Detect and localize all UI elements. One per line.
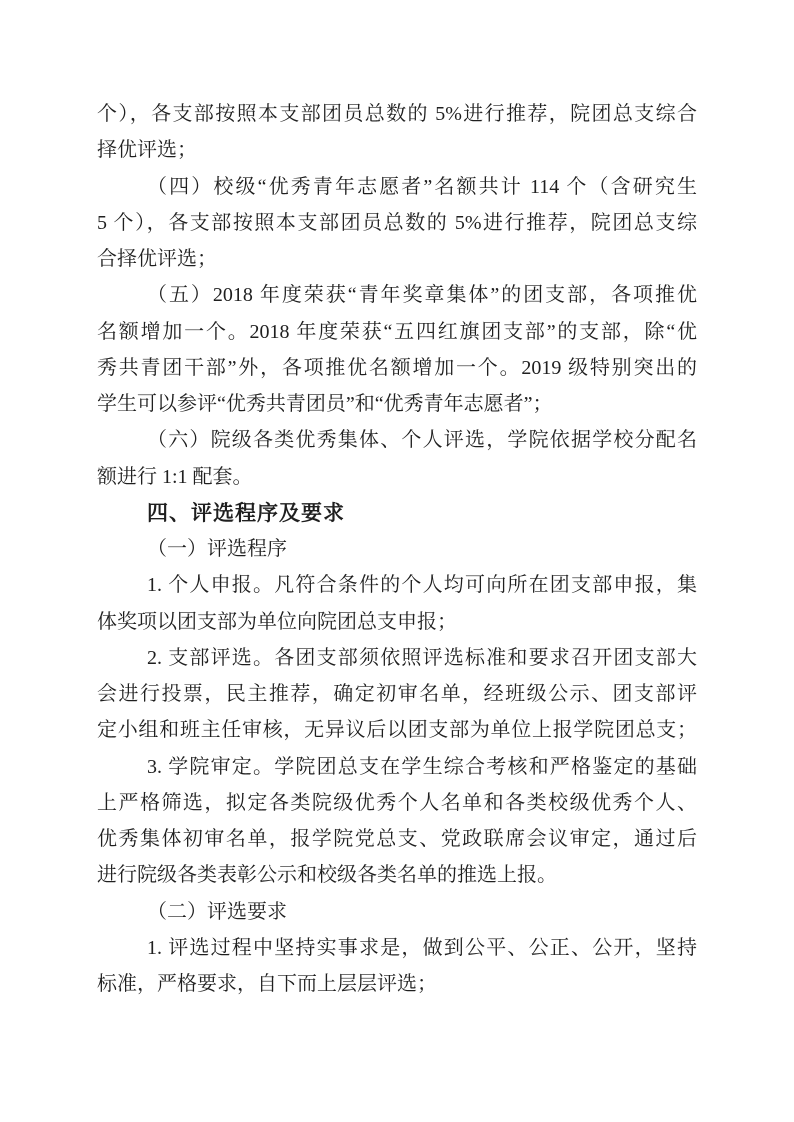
text-line: 优秀集体初审名单，报学院党总支、党政联席会议审定，通过后 [97, 821, 697, 857]
text-line: 个），各支部按照本支部团员总数的 5%进行推荐，院团总支综合 [97, 96, 697, 132]
text-line: 上严格筛选，拟定各类院级优秀个人名单和各类校级优秀个人、 [97, 785, 697, 821]
text-line: （六）院级各类优秀集体、个人评选，学院依据学校分配名 [97, 422, 697, 458]
text-line: 学生可以参评“优秀共青团员”和“优秀青年志愿者”； [97, 386, 697, 422]
text-line: （五）2018 年度荣获“青年奖章集体”的团支部，各项推优 [97, 277, 697, 313]
text-line: 名额增加一个。2018 年度荣获“五四红旗团支部”的支部，除“优 [97, 314, 697, 350]
text-line: 1. 个人申报。凡符合条件的个人均可向所在团支部申报，集 [97, 567, 697, 603]
text-line: 2. 支部评选。各团支部须依照评选标准和要求召开团支部大 [97, 640, 697, 676]
text-line: 5 个），各支部按照本支部团员总数的 5%进行推荐，院团总支综 [97, 205, 697, 241]
text-line: 合择优评选； [97, 241, 697, 277]
text-line: 3. 学院审定。学院团总支在学生综合考核和严格鉴定的基础 [97, 749, 697, 785]
text-line: （二）评选要求 [97, 894, 697, 930]
document-page: 个），各支部按照本支部团员总数的 5%进行推荐，院团总支综合 择优评选； （四）… [0, 0, 794, 1122]
document-body: 个），各支部按照本支部团员总数的 5%进行推荐，院团总支综合 择优评选； （四）… [97, 96, 697, 1002]
text-line: 秀共青团干部”外，各项推优名额增加一个。2019 级特别突出的 [97, 350, 697, 386]
text-line: 额进行 1:1 配套。 [97, 459, 697, 495]
text-line: （一）评选程序 [97, 531, 697, 567]
text-line: 进行院级各类表彰公示和校级各类名单的推选上报。 [97, 857, 697, 893]
text-line: 定小组和班主任审核，无异议后以团支部为单位上报学院团总支； [97, 712, 697, 748]
text-line: 会进行投票，民主推荐，确定初审名单，经班级公示、团支部评 [97, 676, 697, 712]
text-line: 1. 评选过程中坚持实事求是，做到公平、公正、公开，坚持 [97, 930, 697, 966]
text-line: 标准，严格要求，自下而上层层评选； [97, 966, 697, 1002]
text-line: 体奖项以团支部为单位向院团总支申报； [97, 604, 697, 640]
text-line: （四）校级“优秀青年志愿者”名额共计 114 个（含研究生 [97, 169, 697, 205]
text-line: 择优评选； [97, 132, 697, 168]
section-heading: 四、评选程序及要求 [97, 495, 697, 531]
